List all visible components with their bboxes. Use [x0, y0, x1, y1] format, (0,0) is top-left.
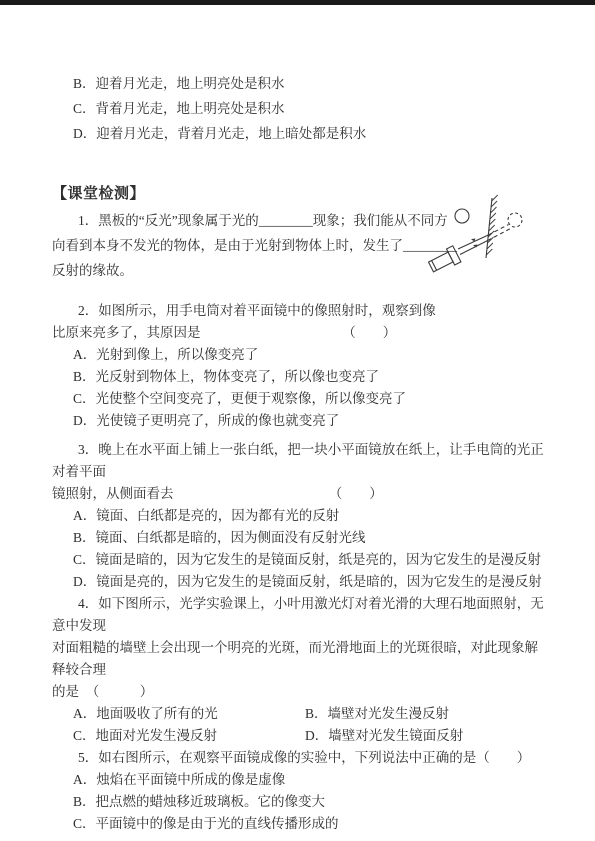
question-4-line-2: 对面粗糙的墙壁上会出现一个明亮的光斑，而光滑地面上的光斑很暗，对此现象解释较合理	[52, 637, 547, 681]
q4-option-b: B．墙壁对光发生漫反射	[305, 706, 449, 721]
q2-option-a: A．光射到像上，所以像变亮了	[52, 344, 547, 366]
q4-option-a: A．地面吸收了所有的光	[73, 703, 305, 725]
page-content: B．迎着月光走，地上明亮处是积水 C．背着月光走，地上明亮处是积水 D．迎着月光…	[52, 71, 547, 835]
q2-option-d: D．光使镜子更明亮了，所成的像也就变亮了	[52, 410, 547, 432]
q5-option-b: B．把点燃的蜡烛移近玻璃板。它的像变大	[52, 791, 547, 813]
intro-option-c: C．背着月光走，地上明亮处是积水	[52, 96, 547, 121]
worksheet-page: B．迎着月光走，地上明亮处是积水 C．背着月光走，地上明亮处是积水 D．迎着月光…	[0, 0, 595, 841]
q3-option-b: B．镜面、白纸都是暗的，因为侧面没有反射光线	[52, 527, 547, 549]
question-5: 5．如右图所示，在观察平面镜成像的实验中，下列说法中正确的是（ ） A．烛焰在平…	[52, 747, 547, 835]
flashlight-icon	[428, 246, 461, 275]
mirror-hatching	[486, 195, 497, 255]
question-4: 4．如下图所示，光学实验课上，小叶用激光灯对着光滑的大理石地面照射，无意中发现 …	[52, 593, 547, 747]
page-top-border	[0, 0, 595, 5]
question-4-line-1: 4．如下图所示，光学实验课上，小叶用激光灯对着光滑的大理石地面照射，无意中发现	[52, 593, 547, 637]
question-2: 2．如图所示，用手电筒对着平面镜中的像照射时，观察到像 比原来亮多了，其原因是 …	[52, 300, 547, 432]
q2-option-b: B．光反射到物体上，物体变亮了，所以像也变亮了	[52, 366, 547, 388]
q4-options-row-2: C．地面对光发生漫反射D．墙壁对光发生镜面反射	[52, 725, 547, 747]
q3-option-d: D．镜面是亮的，因为它发生的是镜面反射，纸是暗的，因为它发生的是漫反射	[52, 571, 547, 593]
q3-option-c: C．镜面是暗的，因为它发生的是镜面反射，纸是亮的，因为它发生的是漫反射	[52, 549, 547, 571]
intro-option-d: D．迎着月光走，背着月光走，地上暗处都是积水	[52, 121, 547, 146]
question-2-line-2: 比原来亮多了，其原因是 （ ）	[52, 322, 547, 344]
q3-option-a: A．镜面、白纸都是亮的，因为都有光的反射	[52, 505, 547, 527]
question-1-figure	[428, 192, 588, 292]
question-5-line-1: 5．如右图所示，在观察平面镜成像的实验中，下列说法中正确的是（ ）	[52, 747, 547, 769]
question-4-line-3: 的是 （ ）	[52, 681, 547, 703]
light-beam-lines	[458, 225, 511, 255]
q4-options-row-1: A．地面吸收了所有的光B．墙壁对光发生漫反射	[52, 703, 547, 725]
q2-option-c: C．光使整个空间变亮了，更便于观察像，所以像变亮了	[52, 388, 547, 410]
question-3-line-1: 3．晚上在水平面上铺上一张白纸，把一块小平面镜放在纸上，让手电筒的光正对着平面	[52, 439, 547, 483]
question-3: 3．晚上在水平面上铺上一张白纸，把一块小平面镜放在纸上，让手电筒的光正对着平面 …	[52, 439, 547, 593]
q5-option-c: C．平面镜中的像是由于光的直线传播形成的	[52, 813, 547, 835]
question-3-line-2: 镜照射，从侧面看去 （ ）	[52, 483, 547, 505]
q5-option-a: A．烛焰在平面镜中所成的像是虚像	[52, 769, 547, 791]
object-circle	[455, 209, 469, 223]
virtual-image-circle	[508, 213, 522, 227]
intro-options-group: B．迎着月光走，地上明亮处是积水 C．背着月光走，地上明亮处是积水 D．迎着月光…	[52, 71, 547, 146]
q4-option-d: D．墙壁对光发生镜面反射	[305, 728, 463, 743]
q4-option-c: C．地面对光发生漫反射	[73, 725, 305, 747]
intro-option-b: B．迎着月光走，地上明亮处是积水	[52, 71, 547, 96]
question-2-line-1: 2．如图所示，用手电筒对着平面镜中的像照射时，观察到像	[52, 300, 547, 322]
